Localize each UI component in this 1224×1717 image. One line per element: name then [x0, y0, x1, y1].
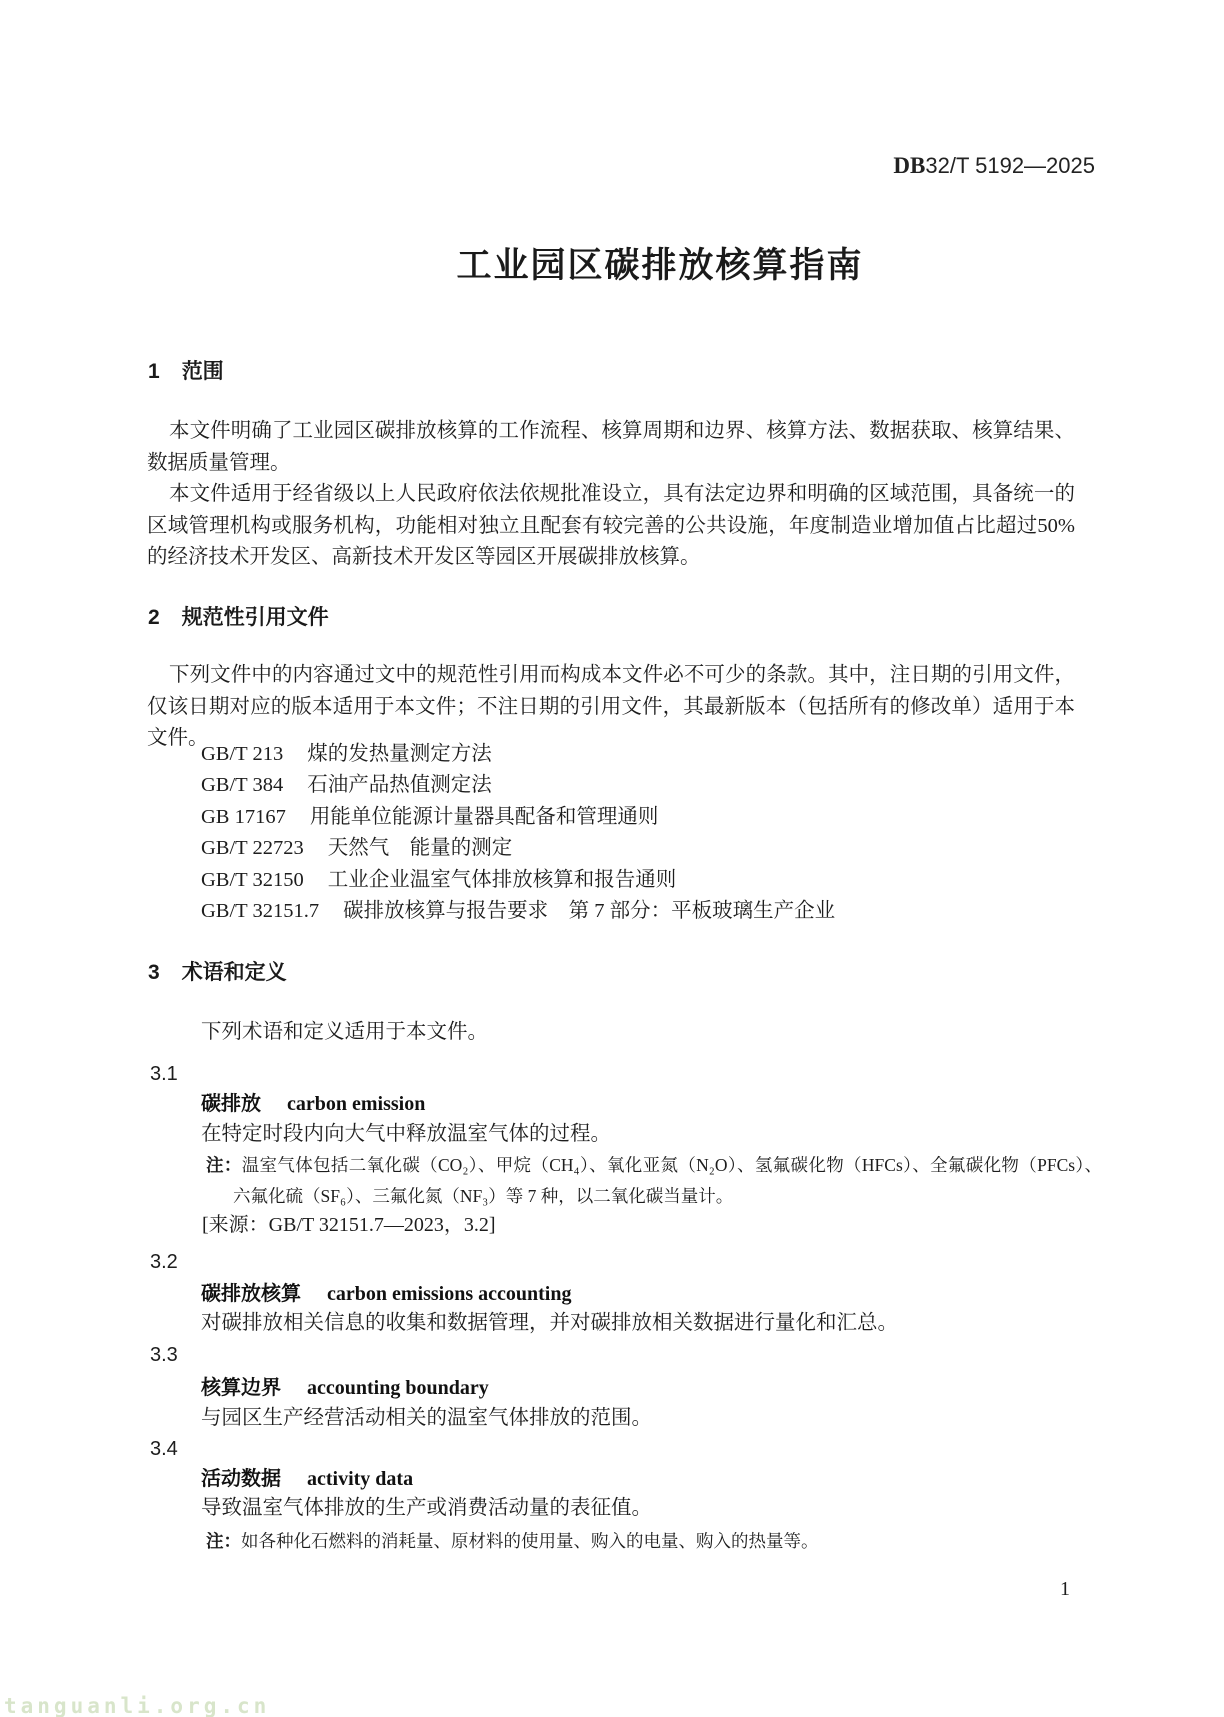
reference-code: GB/T 384 [201, 770, 283, 801]
reference-item: GB/T 384 石油产品热值测定法 [201, 770, 835, 801]
reference-code: GB/T 32150 [201, 865, 304, 896]
scope-paragraphs: 本文件明确了工业园区碳排放核算的工作流程、核算周期和边界、核算方法、数据获取、核… [147, 416, 1075, 574]
term-en: accounting boundary [307, 1375, 489, 1401]
reference-list: GB/T 213 煤的发热量测定方法 GB/T 384 石油产品热值测定法 GB… [201, 739, 835, 927]
reference-title: 用能单位能源计量器具配备和管理通则 [310, 802, 659, 833]
reference-item: GB/T 32150 工业企业温室气体排放核算和报告通则 [201, 865, 835, 896]
term-note: 注：如各种化石燃料的消耗量、原材料的使用量、购入的电量、购入的热量等。 [206, 1526, 1102, 1557]
term-en: carbon emissions accounting [327, 1281, 571, 1307]
document-page: DB32/T 5192—2025 工业园区碳排放核算指南 1 范围 本文件明确了… [0, 0, 1224, 1717]
reference-title: 工业企业温室气体排放核算和报告通则 [328, 865, 677, 896]
reference-title: 石油产品热值测定法 [307, 770, 492, 801]
scope-paragraph-2: 本文件适用于经省级以上人民政府依法依规批准设立，具有法定边界和明确的区域范围，具… [147, 479, 1075, 574]
reference-code: GB/T 22723 [201, 833, 304, 864]
term-definition: 在特定时段内向大气中释放温室气体的过程。 [201, 1119, 611, 1150]
standard-code-number: 32/T 5192—2025 [925, 153, 1095, 178]
term-note: 注：温室气体包括二氧化碳（CO₂）、甲烷（CH₄）、氧化亚氮（N₂O）、氢氟碳化… [206, 1150, 1102, 1212]
term-definition: 导致温室气体排放的生产或消费活动量的表征值。 [201, 1493, 652, 1524]
term-zh: 核算边界 [201, 1375, 281, 1401]
section-heading-normative-references: 2 规范性引用文件 [148, 605, 329, 631]
section-number: 1 [148, 359, 160, 385]
standard-code-prefix: DB [893, 153, 925, 178]
section-label: 规范性引用文件 [182, 605, 329, 631]
reference-title: 天然气 能量的测定 [328, 833, 513, 864]
reference-title: 碳排放核算与报告要求 第 7 部分：平板玻璃生产企业 [343, 896, 835, 927]
section-label: 术语和定义 [182, 960, 287, 986]
document-title: 工业园区碳排放核算指南 [96, 246, 1224, 286]
term-definition: 对碳排放相关信息的收集和数据管理，并对碳排放相关数据进行量化和汇总。 [201, 1308, 898, 1339]
term-number: 3.2 [150, 1249, 178, 1275]
reference-item: GB 17167 用能单位能源计量器具配备和管理通则 [201, 802, 835, 833]
reference-code: GB/T 32151.7 [201, 896, 319, 927]
term-source: [来源：GB/T 32151.7—2023，3.2] [202, 1211, 496, 1239]
section-label: 范围 [182, 359, 224, 385]
note-text: 如各种化石燃料的消耗量、原材料的使用量、购入的电量、购入的热量等。 [241, 1531, 819, 1551]
section-number: 3 [148, 960, 160, 986]
reference-code: GB/T 213 [201, 739, 283, 770]
note-text: 温室气体包括二氧化碳（CO₂）、甲烷（CH₄）、氧化亚氮（N₂O）、氢氟碳化物（… [233, 1155, 1102, 1206]
term-zh: 碳排放 [201, 1091, 261, 1117]
section-heading-scope: 1 范围 [148, 359, 224, 385]
reference-item: GB/T 22723 天然气 能量的测定 [201, 833, 835, 864]
term-zh: 活动数据 [201, 1466, 281, 1492]
section-number: 2 [148, 605, 160, 631]
term-zh: 碳排放核算 [201, 1281, 301, 1307]
standard-code: DB32/T 5192—2025 [893, 153, 1095, 179]
terms-intro: 下列术语和定义适用于本文件。 [201, 1017, 488, 1048]
term-title: 碳排放核算 carbon emissions accounting [201, 1281, 571, 1307]
term-title: 碳排放 carbon emission [201, 1091, 425, 1117]
term-number: 3.1 [150, 1061, 178, 1087]
note-label: 注： [206, 1531, 241, 1551]
term-number: 3.3 [150, 1342, 178, 1368]
reference-item: GB/T 32151.7 碳排放核算与报告要求 第 7 部分：平板玻璃生产企业 [201, 896, 835, 927]
term-definition: 与园区生产经营活动相关的温室气体排放的范围。 [201, 1403, 652, 1434]
watermark: tanguanli.org.cn [4, 1694, 270, 1717]
scope-paragraph-1: 本文件明确了工业园区碳排放核算的工作流程、核算周期和边界、核算方法、数据获取、核… [147, 416, 1075, 479]
reference-title: 煤的发热量测定方法 [307, 739, 492, 770]
reference-item: GB/T 213 煤的发热量测定方法 [201, 739, 835, 770]
section-heading-terms: 3 术语和定义 [148, 960, 287, 986]
term-en: carbon emission [287, 1091, 425, 1117]
page-number: 1 [1060, 1578, 1070, 1600]
term-number: 3.4 [150, 1436, 178, 1462]
reference-code: GB 17167 [201, 802, 286, 833]
term-title: 活动数据 activity data [201, 1466, 413, 1492]
note-label: 注： [206, 1155, 242, 1175]
term-en: activity data [307, 1466, 413, 1492]
term-title: 核算边界 accounting boundary [201, 1375, 489, 1401]
